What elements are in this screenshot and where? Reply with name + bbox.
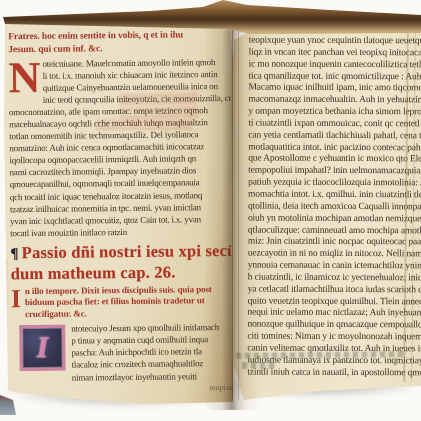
text-line: nequi inic uelamo mac nictlazaz; Auh iny… — [248, 308, 421, 321]
text-line: citi tomines: Niman y ic moyolnonozah in… — [247, 332, 421, 345]
text-line: uezcayotin in ni no miqliz in nitocoz. N… — [248, 249, 421, 262]
text-line: que Apostollome c yehuantin ic moxico qt… — [248, 154, 421, 167]
gutter-fold-line — [232, 30, 233, 400]
text-line: nonozque quilhuique in qmacazque cempoua… — [247, 320, 421, 333]
rubric-line: crucifigatur. &c. — [11, 306, 236, 320]
text-line: Macamo iquac inilhuitl ipam, inic amo ti… — [248, 83, 421, 96]
heading-line-2: dum matheum cap. 26. — [11, 261, 236, 283]
gutter-fold-line — [238, 30, 239, 400]
text-line: macomanazqz inmacehualtin. Auh in yehuat… — [248, 95, 421, 108]
text-line: liqz in vncan itec panchan vei teopixq i… — [249, 47, 421, 60]
left-page-text-block: Fratres. hoc enim sentite in vobis, q et… — [8, 29, 236, 394]
nahuatl-paragraph-2: I ntotecuiyo Jesum xpo qmolhuili initlam… — [11, 321, 236, 394]
latin-rubric: I n illo tempore. Dixit iesus discipulis… — [11, 283, 236, 320]
ornamental-letter: I — [36, 331, 48, 365]
text-line: qch tocaitl inic iquac tenehualoz itocat… — [10, 188, 236, 202]
text-line: miz: Jnin ciuatzintli inic nocpac oquite… — [248, 237, 421, 250]
open-book-photo: Fratres. hoc enim sentite in vobis, q et… — [0, 0, 421, 421]
rubric-line: biduum pascha fiet: et filius hominis tr… — [11, 295, 236, 309]
text-line: ti ciuatzintli ixpan ommouicac, conit qc… — [248, 118, 421, 131]
text-line: qtlaoculizque: caminneuatl amo mochipa a… — [248, 225, 421, 238]
text-line: tica qmanilizque tot. inic qmomictilizqu… — [249, 71, 421, 84]
right-page: teopixque yuan ynoc cequintin tlatoque u… — [228, 0, 421, 412]
red-initial-I: I — [11, 287, 22, 310]
text-line: canin velitemac qmotlaxiliz tot. Auh in … — [247, 343, 421, 356]
text-line: motlaquatitica intot. inic pacizino cont… — [248, 142, 421, 155]
text-line: teopixque yuan ynoc cequintin tlatoque u… — [249, 36, 421, 49]
woodcut-ornamental-initial: I — [19, 325, 65, 371]
text-line: tzintli iniuh catca in nauatil, in apost… — [247, 367, 421, 380]
text-line: can yetia centlamatli tlachichiuali paha… — [248, 130, 421, 143]
passion-heading: ¶Passio dñi nostri iesu xpi secū dum mat… — [10, 240, 236, 283]
text-line: iudiosme tlamanaya ix pantzinco tot. inq… — [247, 355, 421, 368]
text-line: patiuh yezquia ic tlaococlilozquia inmot… — [248, 178, 421, 191]
text-line: tocatl ivan mouiztin initlaco ratzin — [10, 224, 236, 238]
text-line: quito veuetzin teopixque quimilhui. Tlei… — [248, 296, 421, 309]
text-line: ynnouia cemanauac in canin ictemachtiloz… — [248, 261, 421, 274]
text-line: h ciuatzintli, ic ilnamicoz ic yectenehu… — [248, 272, 421, 285]
heading-line-1: ¶Passio dñi nostri iesu xpi secū — [10, 240, 236, 263]
text-line: momachtia intot. i.x. qmilhui. inin ciua… — [248, 190, 421, 203]
pilcrow-mark: ¶ — [10, 246, 18, 262]
text-line: ya cetlacatl itlamachtilhua itoca iudas … — [248, 284, 421, 297]
left-page: Fratres. hoc enim sentite in vobis, q et… — [0, 0, 236, 412]
text-line: oiuh yn motolinia mochipan amotlan nemiz… — [248, 213, 421, 226]
nahuatl-paragraph-1: N oteicniuane. Mauelcomatin amoyollo int… — [8, 56, 236, 239]
heading-text-1: Passio dñi nostri iesu xpi secū — [22, 241, 236, 262]
marginal-red-marks — [0, 258, 8, 306]
text-line: ic mo nonozque inquenin cantecocolilizti… — [249, 59, 421, 72]
text-line: y ompan moyetztica bethania icha simom l… — [248, 107, 421, 120]
red-lombardic-initial-N: N — [8, 61, 38, 97]
catchword: teopixq — [12, 383, 234, 394]
right-page-text-block: teopixque yuan ynoc cequintin tlatoque u… — [247, 36, 421, 380]
incipit-line: Jesum. qui cum inf. &c. — [8, 41, 236, 56]
latin-incipit: Fratres. hoc enim sentite in vobis, q et… — [8, 29, 236, 56]
text-line: niman imoztlayoc inyehuantin yeuiti — [12, 369, 236, 384]
text-line: tempopoliui impahatl? inin uelmonamacazq… — [248, 166, 421, 179]
text-line: qtollinia, tleia itech amoxicoa Caqualli… — [248, 201, 421, 214]
